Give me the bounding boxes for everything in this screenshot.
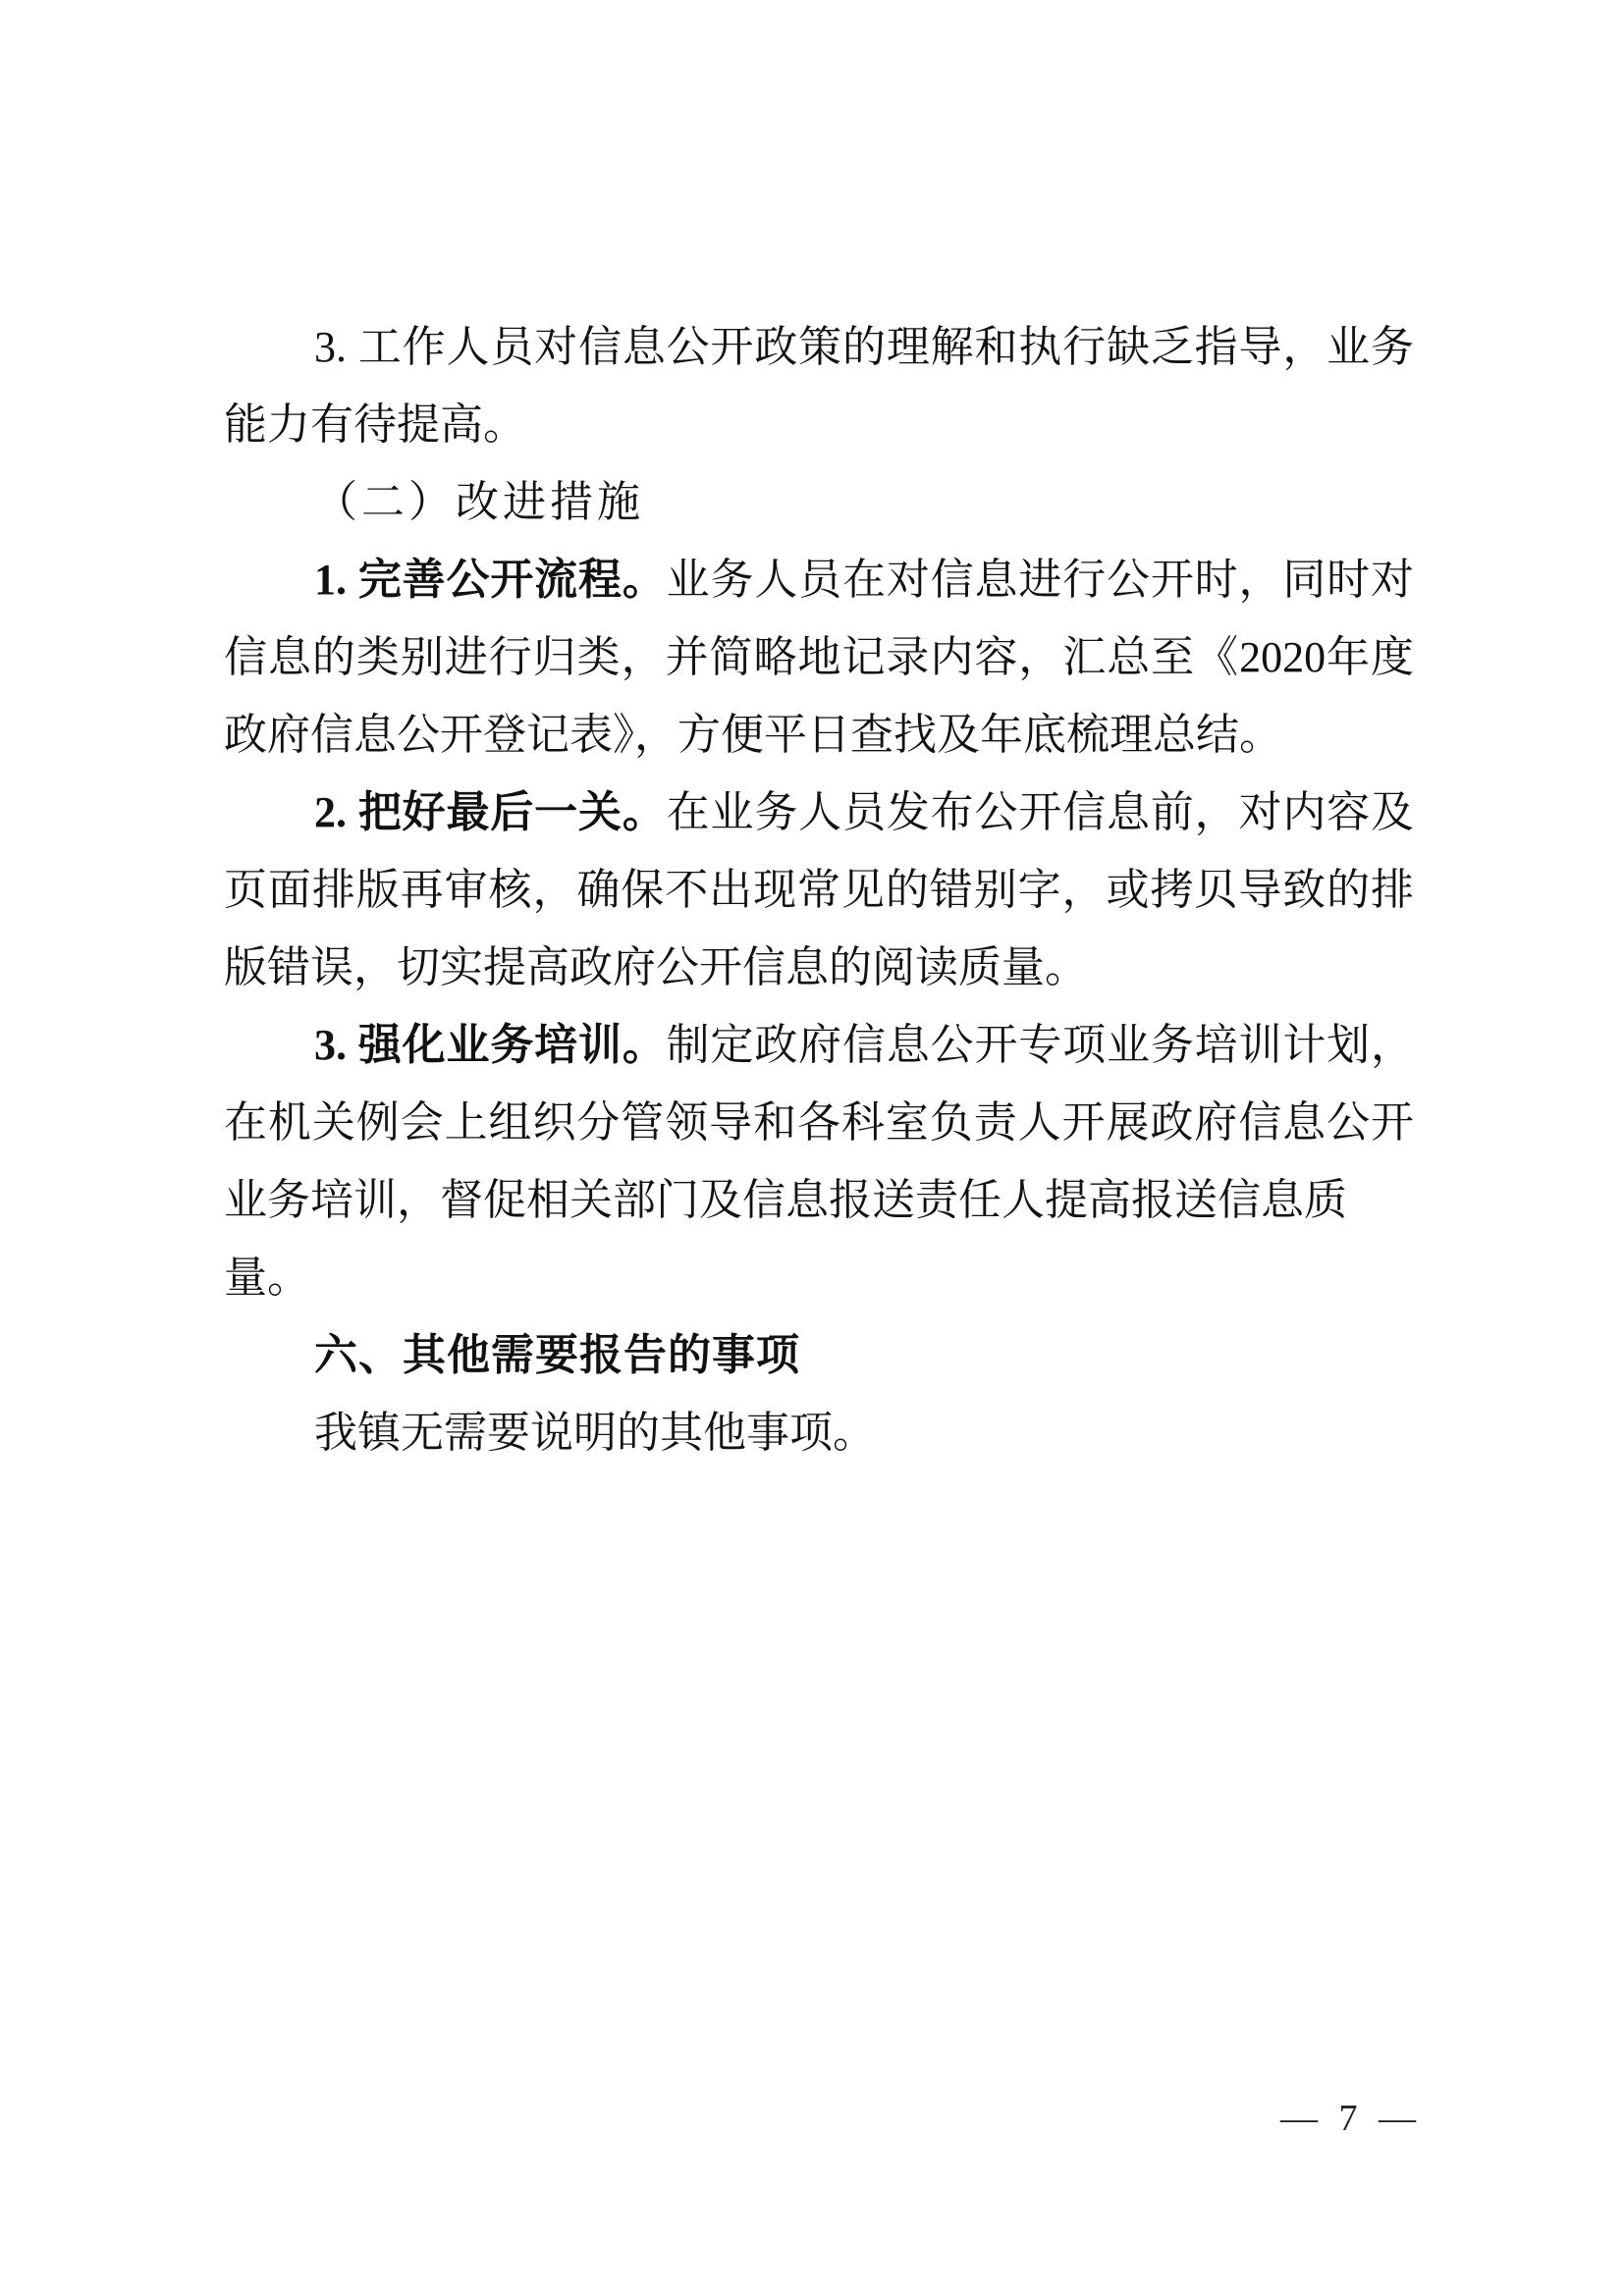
run-in-heading: 1. 完善公开流程。	[314, 556, 667, 604]
run-in-heading: 3. 强化业务培训。	[314, 1021, 667, 1069]
doc-line: 版错误，切实提高政府公开信息的阅读质量。	[224, 929, 1414, 1006]
paragraph-text: 在业务人员发布公开信息前，对内容及	[667, 788, 1414, 836]
paragraph-text: 制定政府信息公开专项业务培训计划，	[667, 1021, 1414, 1069]
paragraph-text: 版错误，切实提高政府公开信息的阅读质量。	[224, 943, 1088, 991]
doc-line: 2. 把好最后一关。在业务人员发布公开信息前，对内容及	[224, 774, 1414, 851]
paragraph-text: 3. 工作人员对信息公开政策的理解和执行缺乏指导，业务	[314, 323, 1414, 371]
subsection-heading: （二）改进措施	[224, 463, 1414, 541]
paragraph-text: 能力有待提高。	[224, 400, 526, 449]
paragraph-text: 业务人员在对信息进行公开时，同时对	[667, 556, 1414, 604]
document-page: 3. 工作人员对信息公开政策的理解和执行缺乏指导，业务 能力有待提高。 （二）改…	[0, 0, 1624, 2296]
section-heading: 六、其他需要报告的事项	[224, 1316, 1414, 1394]
page-number: — 7 —	[1280, 2095, 1422, 2142]
paragraph-text: 信息的类别进行归类，并简略地记录内容，汇总至《2020年度	[224, 633, 1414, 681]
doc-line: 政府信息公开登记表》，方便平日查找及年底梳理总结。	[224, 696, 1414, 774]
subsection-heading-text: （二）改进措施	[314, 478, 644, 526]
paragraph-text: 政府信息公开登记表》，方便平日查找及年底梳理总结。	[224, 711, 1282, 759]
doc-line: 信息的类别进行归类，并简略地记录内容，汇总至《2020年度	[224, 618, 1414, 696]
doc-line: 页面排版再审核，确保不出现常见的错别字，或拷贝导致的排	[224, 851, 1414, 929]
paragraph-text: 页面排版再审核，确保不出现常见的错别字，或拷贝导致的排	[224, 866, 1414, 914]
doc-line: 业务培训，督促相关部门及信息报送责任人提高报送信息质量。	[224, 1161, 1414, 1316]
run-in-heading: 2. 把好最后一关。	[314, 788, 667, 836]
section-heading-text: 六、其他需要报告的事项	[314, 1331, 800, 1379]
doc-line: 能力有待提高。	[224, 386, 1414, 463]
doc-line: 3. 强化业务培训。制定政府信息公开专项业务培训计划，	[224, 1006, 1414, 1084]
document-text-block: 3. 工作人员对信息公开政策的理解和执行缺乏指导，业务 能力有待提高。 （二）改…	[224, 308, 1414, 1471]
paragraph-text: 我镇无需要说明的其他事项。	[314, 1409, 876, 1457]
paragraph-text: 业务培训，督促相关部门及信息报送责任人提高报送信息质量。	[224, 1176, 1347, 1302]
doc-line: 3. 工作人员对信息公开政策的理解和执行缺乏指导，业务	[224, 308, 1414, 386]
doc-line: 1. 完善公开流程。业务人员在对信息进行公开时，同时对	[224, 541, 1414, 618]
doc-line: 在机关例会上组织分管领导和各科室负责人开展政府信息公开	[224, 1084, 1414, 1161]
doc-line: 我镇无需要说明的其他事项。	[224, 1394, 1414, 1471]
paragraph-text: 在机关例会上组织分管领导和各科室负责人开展政府信息公开	[224, 1098, 1414, 1147]
